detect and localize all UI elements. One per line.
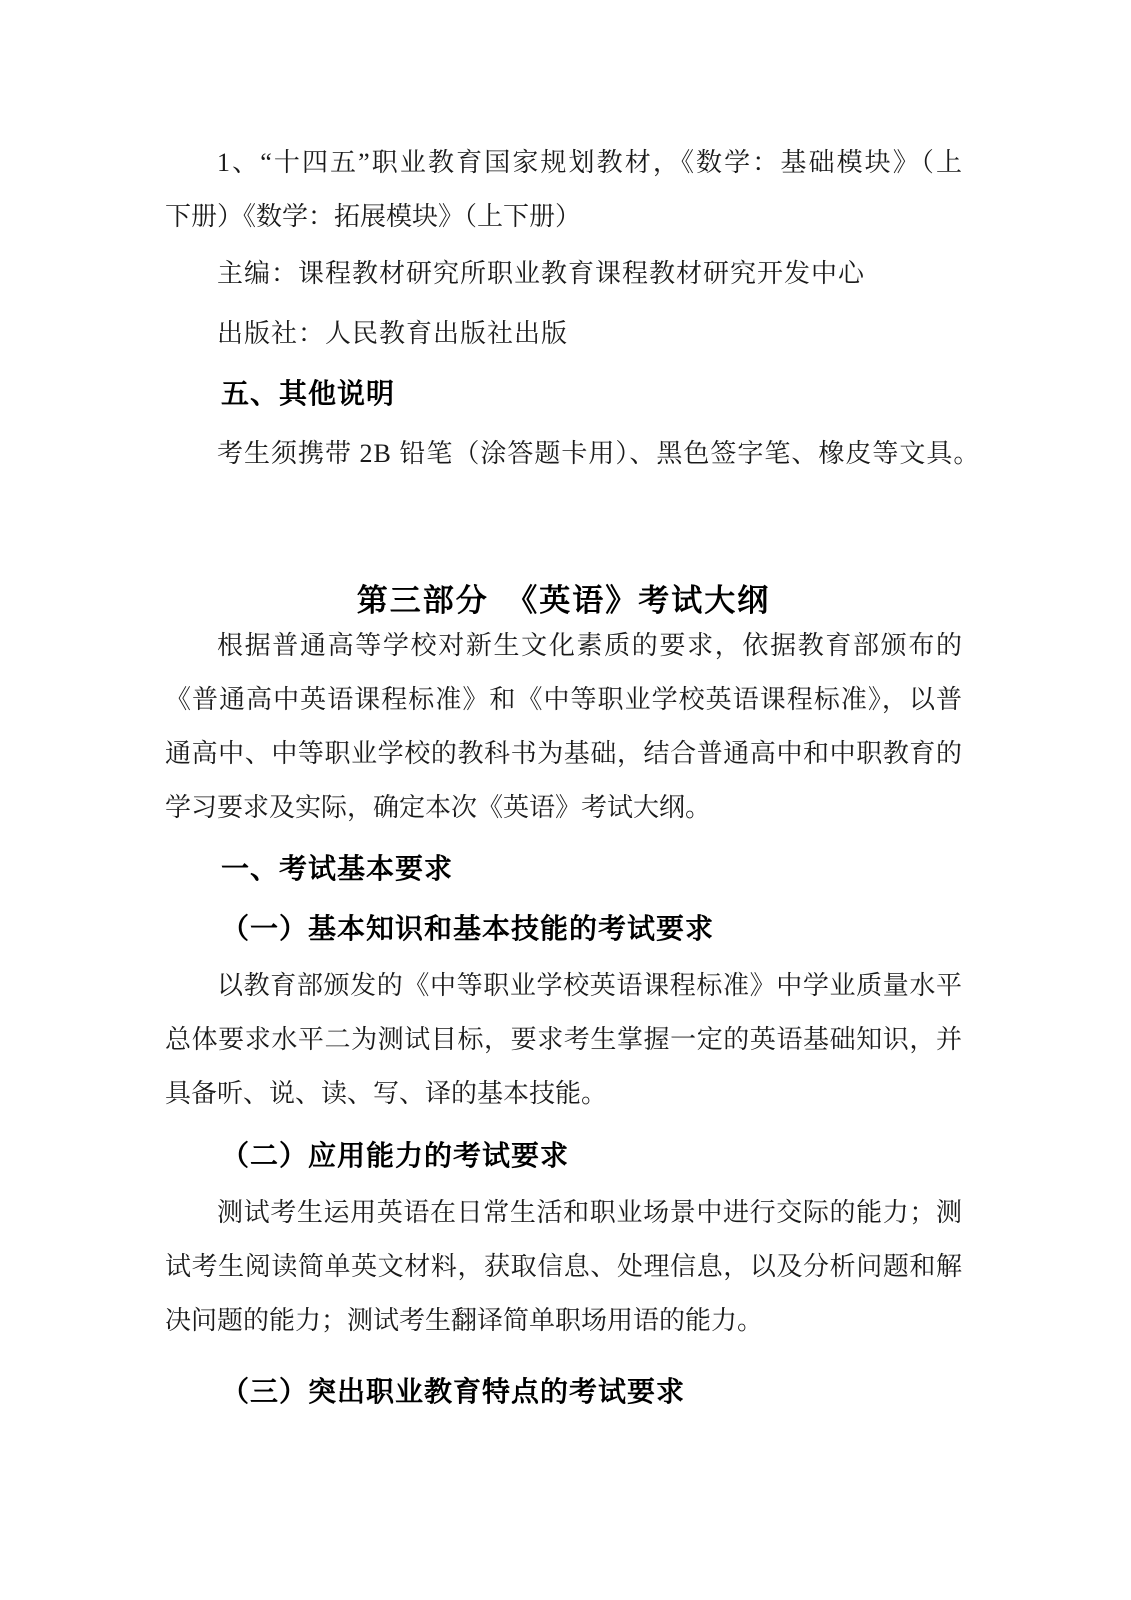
intro-paragraph: 根据普通高等学校对新生文化素质的要求，依据教育部颁布的 《普通高中英语课程标准》… xyxy=(165,619,962,835)
sub2-heading: （二）应用能力的考试要求 xyxy=(165,1126,962,1186)
sub2-line-1: 测试考生运用英语在日常生活和职业场景中进行交际的能力；测 xyxy=(165,1186,962,1240)
sub2-line-2: 试考生阅读简单英文材料，获取信息、处理信息，以及分析问题和解 xyxy=(165,1240,962,1294)
sub1-line-3: 具备听、说、读、写、译的基本技能。 xyxy=(165,1067,962,1121)
other-notes-heading: 五、其他说明 xyxy=(165,364,962,424)
intro-line-2: 《普通高中英语课程标准》和《中等职业学校英语课程标准》，以普 xyxy=(165,673,962,727)
intro-line-3: 通高中、中等职业学校的教科书为基础，结合普通高中和中职教育的 xyxy=(165,727,962,781)
intro-line-4: 学习要求及实际，确定本次《英语》考试大纲。 xyxy=(165,781,962,835)
math-section-end: 1、“十四五”职业教育国家规划教材，《数学：基础模块》（上 下册）《数学：拓展模… xyxy=(165,136,962,484)
textbook-paragraph: 1、“十四五”职业教育国家规划教材，《数学：基础模块》（上 下册）《数学：拓展模… xyxy=(165,136,962,244)
publisher-line: 出版社：人民教育出版社出版 xyxy=(165,304,962,364)
basic-requirements-heading: 一、考试基本要求 xyxy=(165,839,962,899)
sub1-paragraph: 以教育部颁发的《中等职业学校英语课程标准》中学业质量水平 总体要求水平二为测试目… xyxy=(165,959,962,1121)
textbook-line-2: 下册）《数学：拓展模块》（上下册） xyxy=(165,190,962,244)
editor-line: 主编：课程教材研究所职业教育课程教材研究开发中心 xyxy=(165,244,962,304)
intro-line-1: 根据普通高等学校对新生文化素质的要求，依据教育部颁布的 xyxy=(165,619,962,673)
sub1-line-1: 以教育部颁发的《中等职业学校英语课程标准》中学业质量水平 xyxy=(165,959,962,1013)
document-page: 1、“十四五”职业教育国家规划教材，《数学：基础模块》（上 下册）《数学：拓展模… xyxy=(0,0,1131,1600)
sub1-line-2: 总体要求水平二为测试目标，要求考生掌握一定的英语基础知识，并 xyxy=(165,1013,962,1067)
sub3-heading: （三）突出职业教育特点的考试要求 xyxy=(165,1362,962,1422)
english-section: 第三部分 《英语》考试大纲 根据普通高等学校对新生文化素质的要求，依据教育部颁布… xyxy=(165,571,962,1422)
sub1-heading: （一）基本知识和基本技能的考试要求 xyxy=(165,899,962,959)
sub2-line-3: 决问题的能力；测试考生翻译简单职场用语的能力。 xyxy=(165,1294,962,1348)
textbook-line-1: 1、“十四五”职业教育国家规划教材，《数学：基础模块》（上 xyxy=(165,136,962,190)
sub2-paragraph: 测试考生运用英语在日常生活和职业场景中进行交际的能力；测 试考生阅读简单英文材料… xyxy=(165,1186,962,1348)
other-notes-line: 考生须携带 2B 铅笔（涂答题卡用）、黑色签字笔、橡皮等文具。 xyxy=(165,424,962,484)
